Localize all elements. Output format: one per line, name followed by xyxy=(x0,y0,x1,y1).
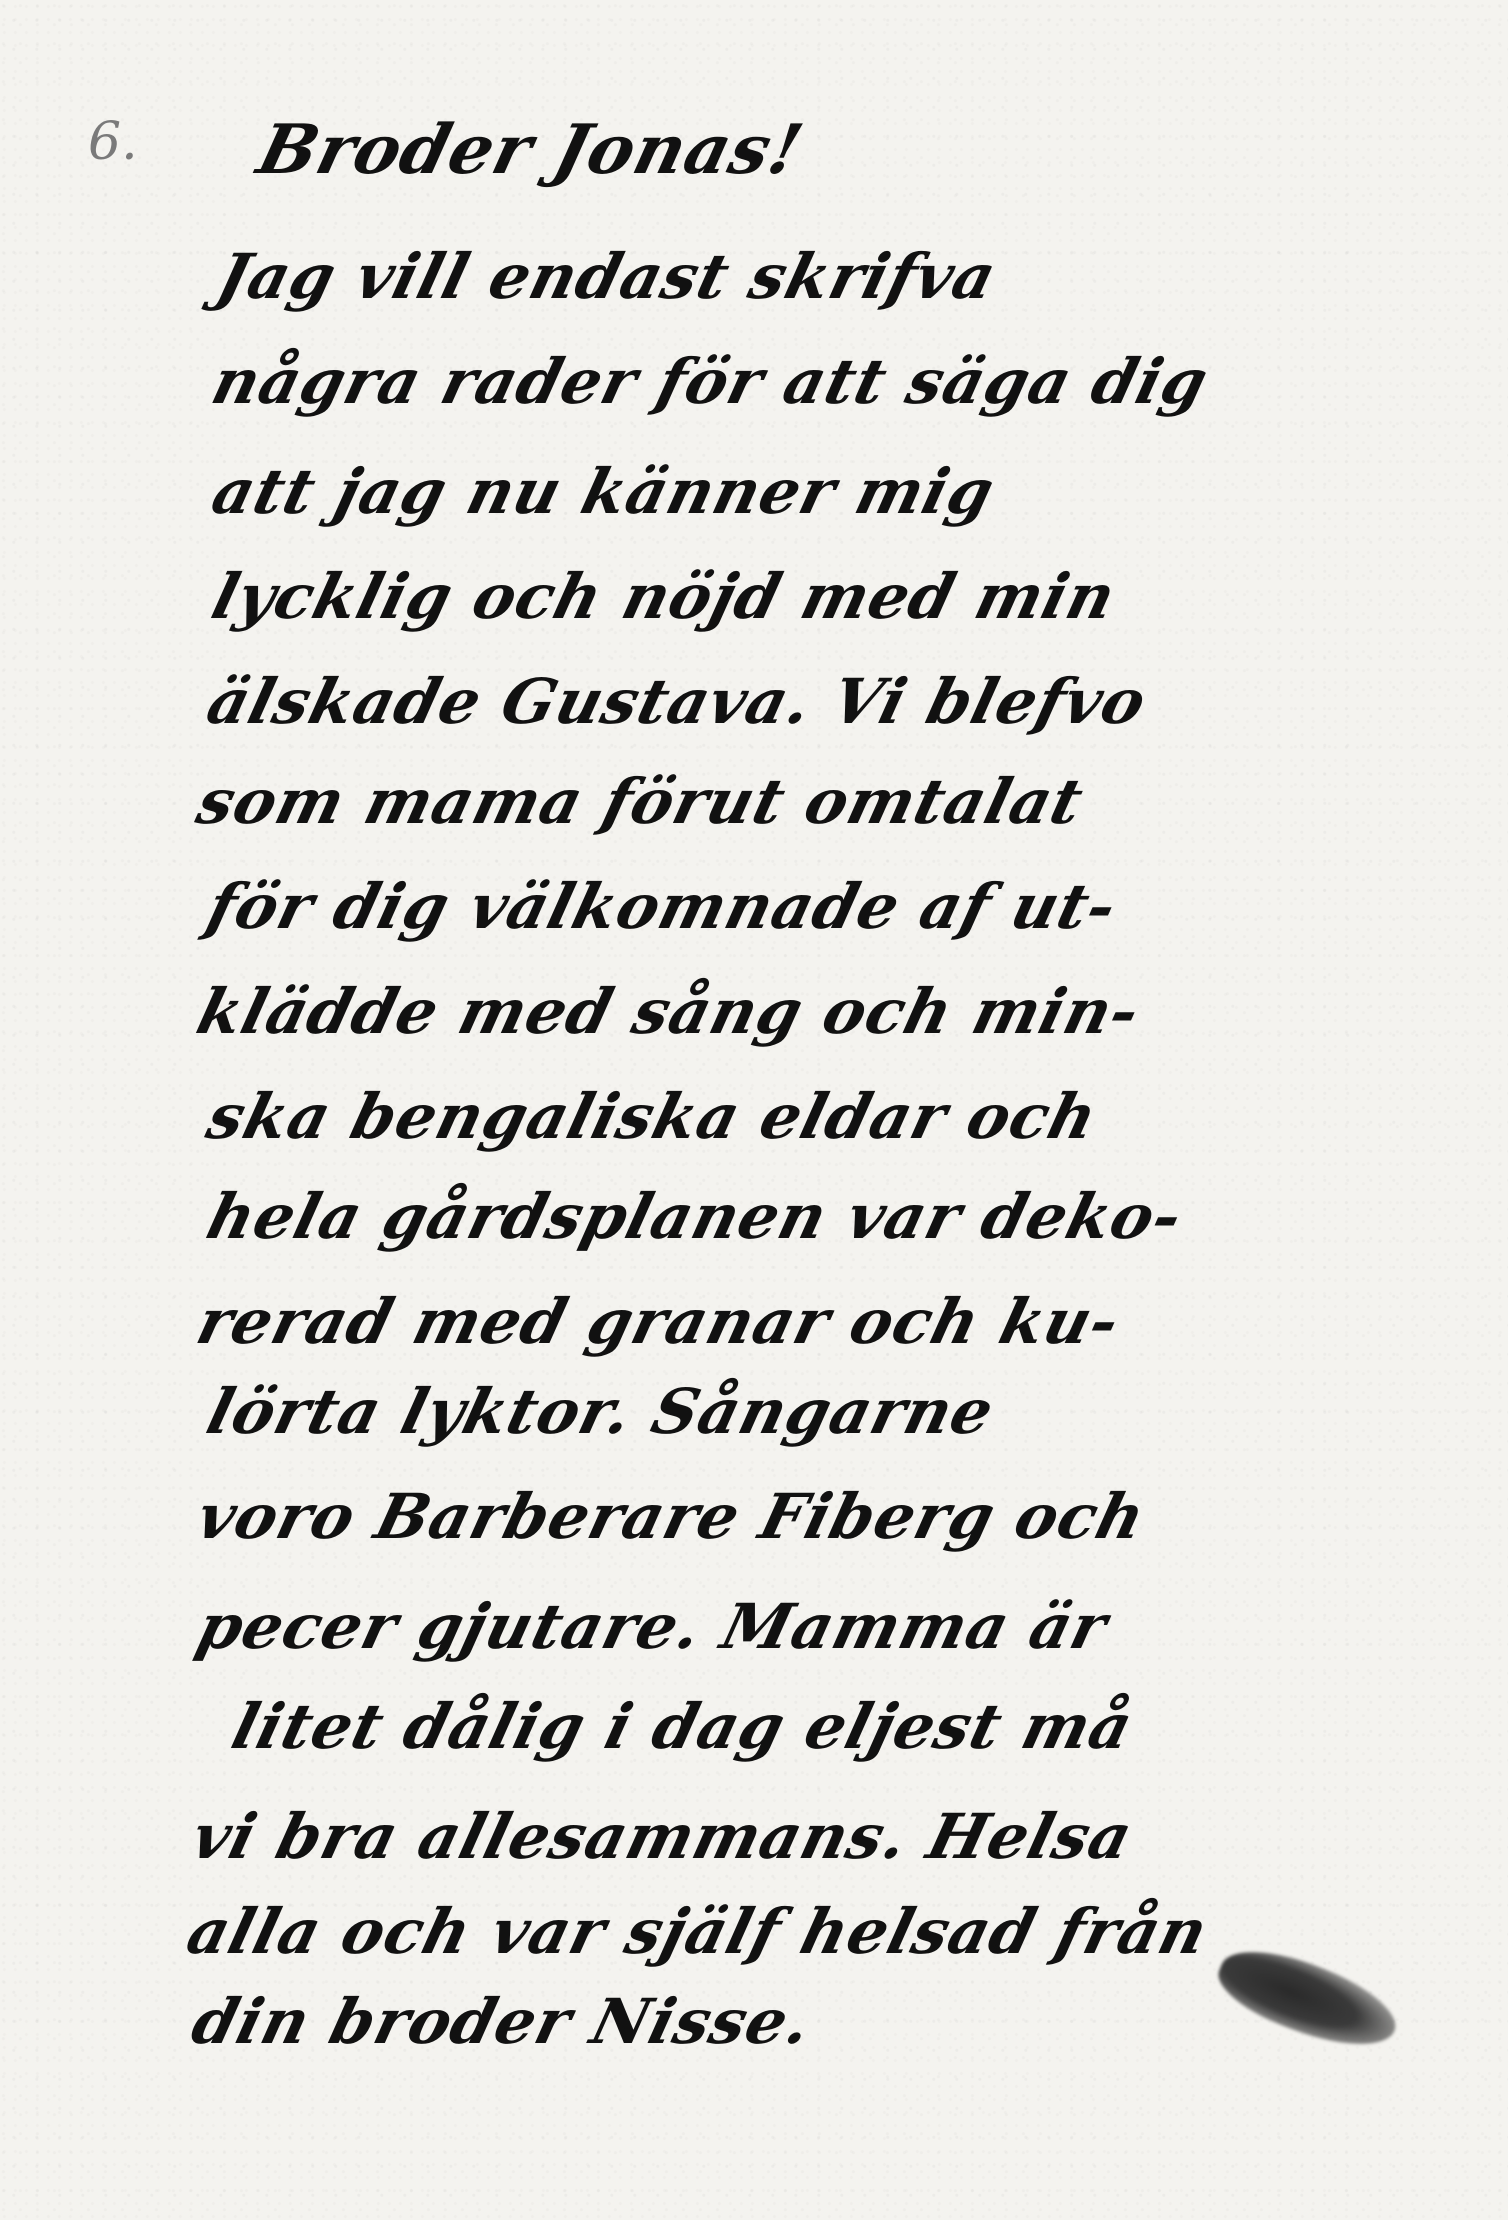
letter-line-12: lörta lyktor. Sångarne xyxy=(200,1375,1002,1448)
letter-line-15: litet dålig i dag eljest må xyxy=(225,1690,1141,1763)
letter-line-3: att jag nu känner mig xyxy=(205,455,1002,528)
letter-line-18-signature: din broder Nisse. xyxy=(185,1985,819,2058)
letter-line-8: klädde med sång och min- xyxy=(190,975,1147,1048)
page-number: 6. xyxy=(88,112,138,172)
letter-line-1: Jag vill endast skrifva xyxy=(210,240,1004,313)
letter-line-16: vi bra allesammans. Helsa xyxy=(185,1800,1140,1873)
letter-line-2: några rader för att säga dig xyxy=(205,345,1216,418)
letter-line-17: alla och var själf helsad från xyxy=(180,1895,1215,1968)
letter-line-4: lycklig och nöjd med min xyxy=(205,560,1123,633)
letter-line-9: ska bengaliska eldar och xyxy=(200,1080,1105,1153)
letter-line-10: hela gårdsplanen var deko- xyxy=(200,1180,1190,1253)
salutation: Broder Jonas! xyxy=(250,110,811,190)
letter-line-14: pecer gjutare. Mamma är xyxy=(190,1590,1115,1663)
letter-line-13: voro Barberare Fiberg och xyxy=(190,1480,1153,1553)
letter-line-7: för dig välkomnade af ut- xyxy=(200,870,1124,943)
letter-line-11: rerad med granar och ku- xyxy=(190,1285,1127,1358)
ink-blot xyxy=(1209,1933,1406,2065)
letter-line-5: älskade Gustava. Vi blefvo xyxy=(200,665,1154,738)
letter-paper: 6. Broder Jonas! Jag vill endast skrifva… xyxy=(0,0,1508,2220)
letter-line-6: som mama förut omtalat xyxy=(190,765,1091,838)
